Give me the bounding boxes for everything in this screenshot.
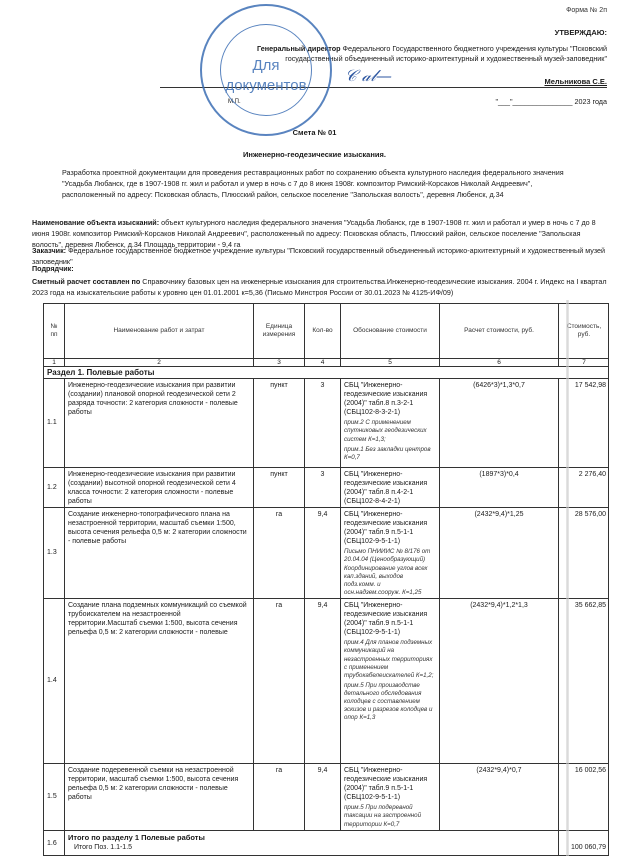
total-subtitle: Итого Поз. 1.1-1.5 xyxy=(68,843,555,852)
basis-note: прим.1 Без закладки центров К=0,7 xyxy=(344,446,436,462)
unit: га xyxy=(253,507,304,598)
column-number: 3 xyxy=(253,358,304,366)
quantity: 3 xyxy=(304,467,340,507)
approve-heading: УТВЕРЖДАЮ: xyxy=(555,28,607,38)
row-number: 1.2 xyxy=(43,467,64,507)
quantity: 9,4 xyxy=(304,507,340,598)
basis-text: СБЦ "Инженерно-геодезические изыскания (… xyxy=(344,601,436,637)
basis-note: прим.2 С применением спутниковых геодези… xyxy=(344,419,436,443)
form-number: Форма № 2п xyxy=(566,6,607,15)
column-number: 4 xyxy=(304,358,340,366)
unit: га xyxy=(253,763,304,830)
header-name: Наименование работ и затрат xyxy=(64,303,253,358)
work-name: Инженерно-геодезические изыскания при ра… xyxy=(64,467,253,507)
column-number: 2 xyxy=(64,358,253,366)
intro-paragraph: Разработка проектной документации для пр… xyxy=(62,168,582,200)
cost-calculation: (1897*3)*0,4 xyxy=(439,467,558,507)
basis-note: прим.4 Для планов подземных коммуникаций… xyxy=(344,639,436,679)
quantity: 3 xyxy=(304,378,340,467)
unit: га xyxy=(253,598,304,763)
basis-note: прим.5 При производстве детального обсле… xyxy=(344,682,436,722)
header-calc: Расчет стоимости, руб. xyxy=(439,303,558,358)
unit: пункт xyxy=(253,378,304,467)
quantity: 9,4 xyxy=(304,763,340,830)
basis-label: Сметный расчет составлен по xyxy=(32,277,140,286)
total-row-number: 1.6 xyxy=(43,830,64,856)
seal-stamp-icon: Для документов xyxy=(200,4,332,136)
row-number: 1.3 xyxy=(43,507,64,598)
signer-name: Мельникова С.Е. xyxy=(544,77,607,87)
signature-mark: 𝒞 𝒶𝓁— xyxy=(345,66,392,87)
cost-calculation: (2432*9,4)*1,25 xyxy=(439,507,558,598)
estimate-table: № ппНаименование работ и затратЕдиница и… xyxy=(43,303,609,856)
cost-calculation: (2432*9,4)*0,7 xyxy=(439,763,558,830)
scan-artifact xyxy=(566,300,569,856)
column-number: 5 xyxy=(340,358,439,366)
unit: пункт xyxy=(253,467,304,507)
column-number: 1 xyxy=(43,358,64,366)
basis-text: СБЦ "Инженерно-геодезические изыскания (… xyxy=(344,470,436,506)
cost-basis: СБЦ "Инженерно-геодезические изыскания (… xyxy=(340,763,439,830)
header-no: № пп xyxy=(43,303,64,358)
cost-calculation: (6426*3)*1,3*0,7 xyxy=(439,378,558,467)
row-number: 1.1 xyxy=(43,378,64,467)
quantity: 9,4 xyxy=(304,598,340,763)
row-number: 1.5 xyxy=(43,763,64,830)
basis-text: СБЦ "Инженерно-геодезические изыскания (… xyxy=(344,510,436,546)
header-qty: Кол-во xyxy=(304,303,340,358)
column-number: 6 xyxy=(439,358,558,366)
stamp-text-2: документов xyxy=(202,76,330,96)
cost-basis: СБЦ "Инженерно-геодезические изыскания (… xyxy=(340,467,439,507)
basis-note: Письмо ПНИИИС № 8/176 от 20.04.04 (Ценоо… xyxy=(344,548,436,596)
header-basis: Обоснование стоимости xyxy=(340,303,439,358)
cost-basis: СБЦ "Инженерно-геодезические изыскания (… xyxy=(340,598,439,763)
cost-calculation: (2432*9,4)*1,2*1,3 xyxy=(439,598,558,763)
approval-date-line: "___"_______________ 2023 года xyxy=(495,97,607,106)
total-label: Итого по разделу 1 Полевые работыИтого П… xyxy=(64,830,558,856)
total-title: Итого по разделу 1 Полевые работы xyxy=(68,833,555,843)
header-unit: Единица измерения xyxy=(253,303,304,358)
basis-note: прим.5 При подеревной таксации на застро… xyxy=(344,804,436,828)
section-title: Раздел 1. Полевые работы xyxy=(43,366,609,378)
cost-basis: СБЦ "Инженерно-геодезические изыскания (… xyxy=(340,507,439,598)
estimate-title: Смета № 01 xyxy=(0,128,629,138)
stamp-text-1: Для xyxy=(202,56,330,76)
cost-basis: СБЦ "Инженерно-геодезические изыскания (… xyxy=(340,378,439,467)
work-type-title: Инженерно-геодезические изыскания. xyxy=(0,150,629,160)
object-label: Наименование объекта изысканий: xyxy=(32,218,159,227)
customer-label: Заказчик: xyxy=(32,246,66,255)
customer-text: Федеральное государственное бюджетное уч… xyxy=(32,246,605,266)
work-name: Создание плана подземных коммуникаций со… xyxy=(64,598,253,763)
basis-paragraph: Сметный расчет составлен по Справочнику … xyxy=(32,277,607,299)
work-name: Создание инженерно-топографического план… xyxy=(64,507,253,598)
work-name: Инженерно-геодезические изыскания при ра… xyxy=(64,378,253,467)
work-name: Создание подеревенной съемки на незастро… xyxy=(64,763,253,830)
row-number: 1.4 xyxy=(43,598,64,763)
contractor-label: Подрядчик: xyxy=(32,264,607,275)
basis-text: СБЦ "Инженерно-геодезические изыскания (… xyxy=(344,766,436,802)
basis-text: СБЦ "Инженерно-геодезические изыскания (… xyxy=(344,381,436,417)
